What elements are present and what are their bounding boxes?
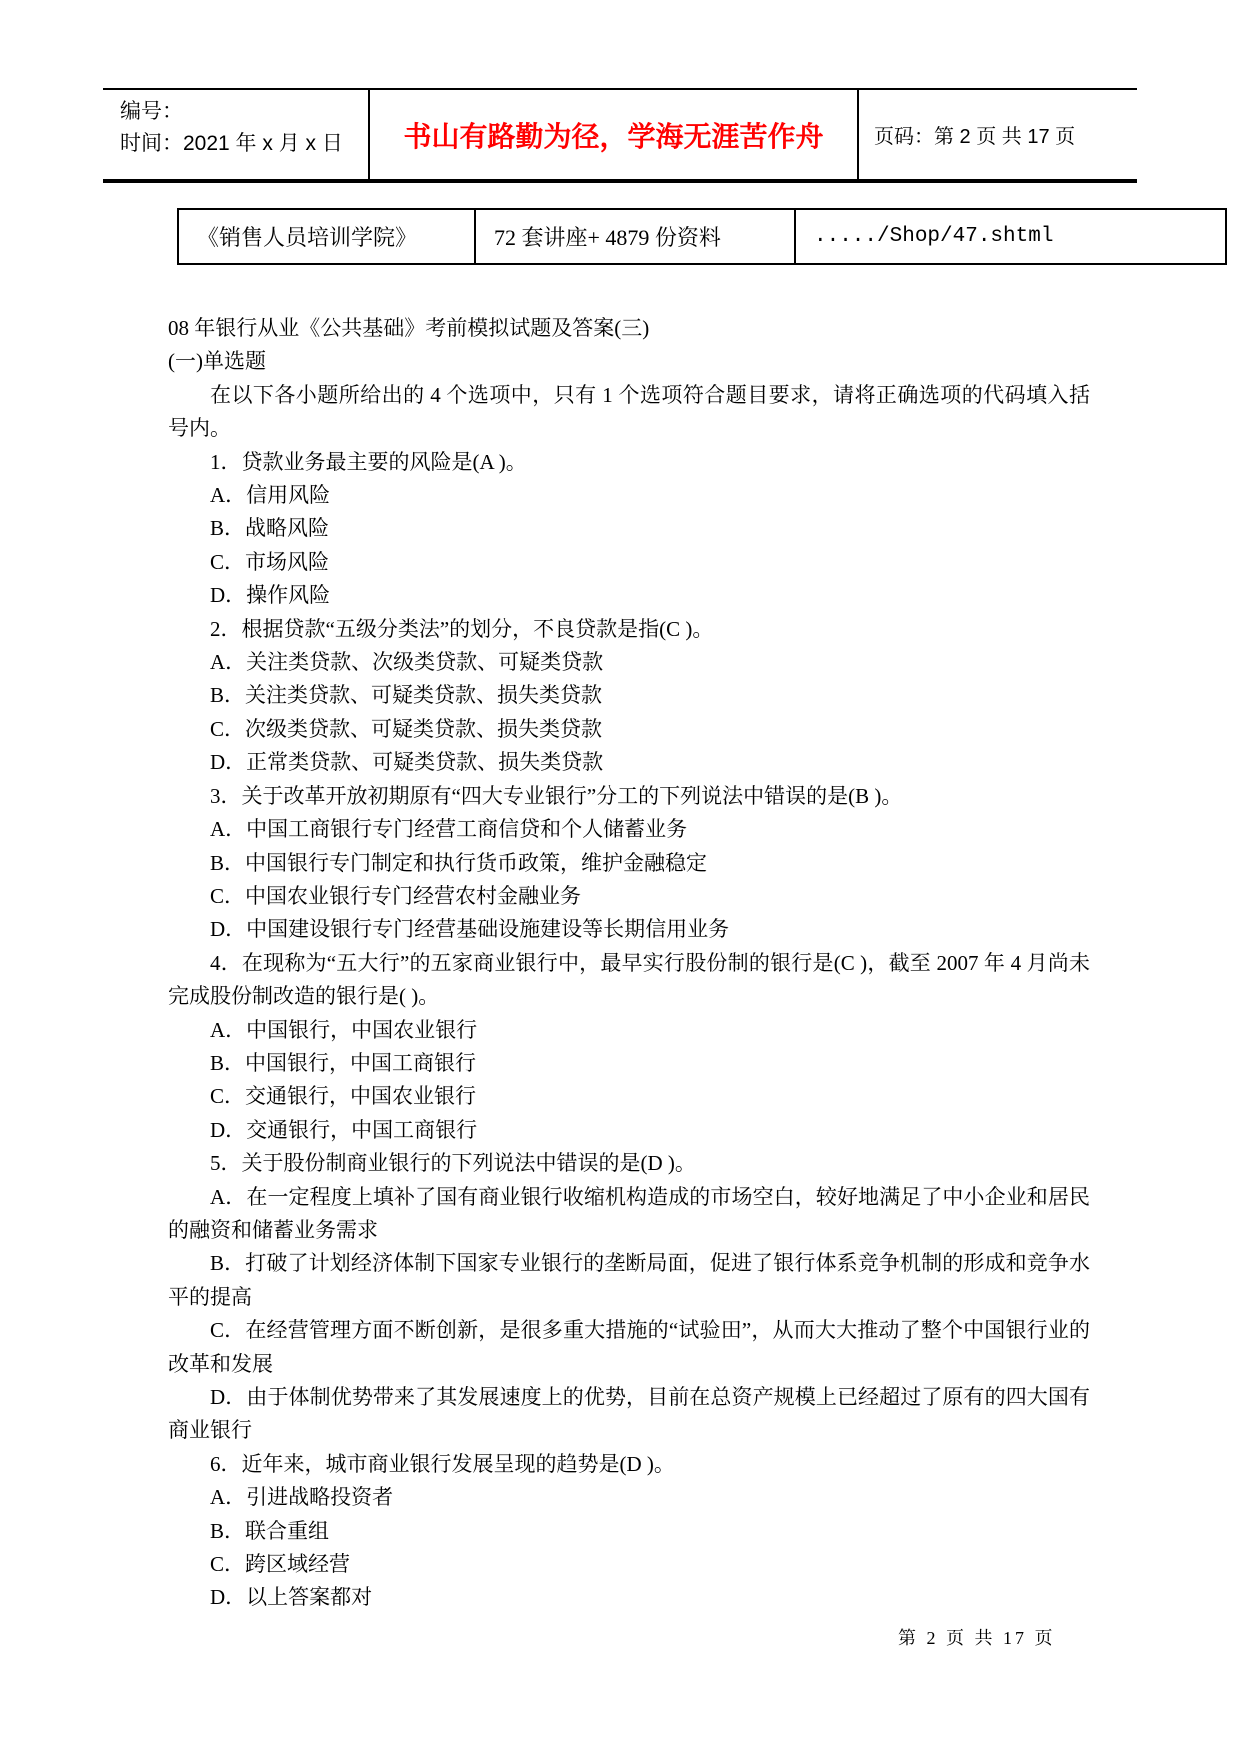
info-resources-cell: 72 套讲座+ 4879 份资料: [474, 210, 794, 263]
header-meta-cell: 编号： 时间：2021 年 x 月 x 日: [103, 90, 368, 179]
option-item: A．中国银行，中国农业银行: [168, 1014, 1090, 1047]
option-item: C．市场风险: [168, 546, 1090, 579]
option-item: B．中国银行，中国工商银行: [168, 1047, 1090, 1080]
option-item: A．关注类贷款、次级类贷款、可疑类贷款: [168, 646, 1090, 679]
question-stem: 3．关于改革开放初期原有“四大专业银行”分工的下列说法中错误的是(B )。: [168, 780, 1090, 813]
option-item: C．中国农业银行专门经营农村金融业务: [168, 880, 1090, 913]
option-item: A．在一定程度上填补了国有商业银行收缩机构造成的市场空白，较好地满足了中小企业和…: [168, 1181, 1090, 1248]
page-number-label: 页码：第 2 页 共 17 页: [874, 120, 1075, 149]
info-url-cell: ...../Shop/47.shtml: [794, 210, 1225, 263]
shop-url-text: ...../Shop/47.shtml: [814, 225, 1053, 248]
course-name-text: 《销售人员培训学院》: [197, 221, 417, 252]
option-item: B．关注类贷款、可疑类贷款、损失类贷款: [168, 679, 1090, 712]
option-item: C．次级类贷款、可疑类贷款、损失类贷款: [168, 713, 1090, 746]
option-item: B．中国银行专门制定和执行货币政策，维护金融稳定: [168, 847, 1090, 880]
info-course-cell: 《销售人员培训学院》: [179, 210, 474, 263]
question-stem: 6．近年来，城市商业银行发展呈现的趋势是(D )。: [168, 1448, 1090, 1481]
resources-count-text: 72 套讲座+ 4879 份资料: [494, 221, 721, 252]
option-item: A．中国工商银行专门经营工商信贷和个人储蓄业务: [168, 813, 1090, 846]
doc-time-label: 时间：2021 年 x 月 x 日: [120, 128, 368, 160]
document-body: 08 年银行从业《公共基础》考前模拟试题及答案(三) (一)单选题 在以下各小题…: [168, 312, 1090, 1615]
option-item: B．打破了计划经济体制下国家专业银行的垄断局面，促进了银行体系竞争机制的形成和竞…: [168, 1247, 1090, 1314]
option-item: A．引进战略投资者: [168, 1481, 1090, 1514]
option-item: C．交通银行，中国农业银行: [168, 1080, 1090, 1113]
option-item: C．跨区域经营: [168, 1548, 1090, 1581]
option-item: B．战略风险: [168, 512, 1090, 545]
option-item: D．以上答案都对: [168, 1581, 1090, 1614]
header-page-cell: 页码：第 2 页 共 17 页: [859, 90, 1137, 179]
header-banner-cell: 书山有路勤为径，学海无涯苦作舟: [368, 90, 859, 179]
option-item: D．由于体制优势带来了其发展速度上的优势，目前在总资产规模上已经超过了原有的四大…: [168, 1381, 1090, 1448]
question-stem: 5．关于股份制商业银行的下列说法中错误的是(D )。: [168, 1147, 1090, 1180]
section-heading: (一)单选题: [168, 345, 1090, 378]
instructions-text: 在以下各小题所给出的 4 个选项中，只有 1 个选项符合题目要求，请将正确选项的…: [168, 379, 1090, 446]
option-item: D．中国建设银行专门经营基础设施建设等长期信用业务: [168, 913, 1090, 946]
info-table: 《销售人员培训学院》 72 套讲座+ 4879 份资料 ...../Shop/4…: [177, 208, 1227, 265]
question-stem: 1．贷款业务最主要的风险是(A )。: [168, 446, 1090, 479]
option-item: B．联合重组: [168, 1515, 1090, 1548]
option-item: D．交通银行，中国工商银行: [168, 1114, 1090, 1147]
option-item: D．操作风险: [168, 579, 1090, 612]
document-title: 08 年银行从业《公共基础》考前模拟试题及答案(三): [168, 312, 1090, 345]
option-item: D．正常类贷款、可疑类贷款、损失类贷款: [168, 746, 1090, 779]
banner-motto-text: 书山有路勤为径，学海无涯苦作舟: [403, 115, 823, 155]
page-footer: 第 2 页 共 17 页: [898, 1624, 1056, 1650]
question-stem: 4．在现称为“五大行”的五家商业银行中，最早实行股份制的银行是(C )，截至 2…: [168, 947, 1090, 1014]
question-stem: 2．根据贷款“五级分类法”的划分，不良贷款是指(C )。: [168, 613, 1090, 646]
doc-number-label: 编号：: [120, 96, 368, 128]
header-table: 编号： 时间：2021 年 x 月 x 日 书山有路勤为径，学海无涯苦作舟 页码…: [103, 88, 1137, 183]
option-item: C．在经营管理方面不断创新，是很多重大措施的“试验田”，从而大大推动了整个中国银…: [168, 1314, 1090, 1381]
document-page: 编号： 时间：2021 年 x 月 x 日 书山有路勤为径，学海无涯苦作舟 页码…: [0, 0, 1241, 1754]
option-item: A．信用风险: [168, 479, 1090, 512]
